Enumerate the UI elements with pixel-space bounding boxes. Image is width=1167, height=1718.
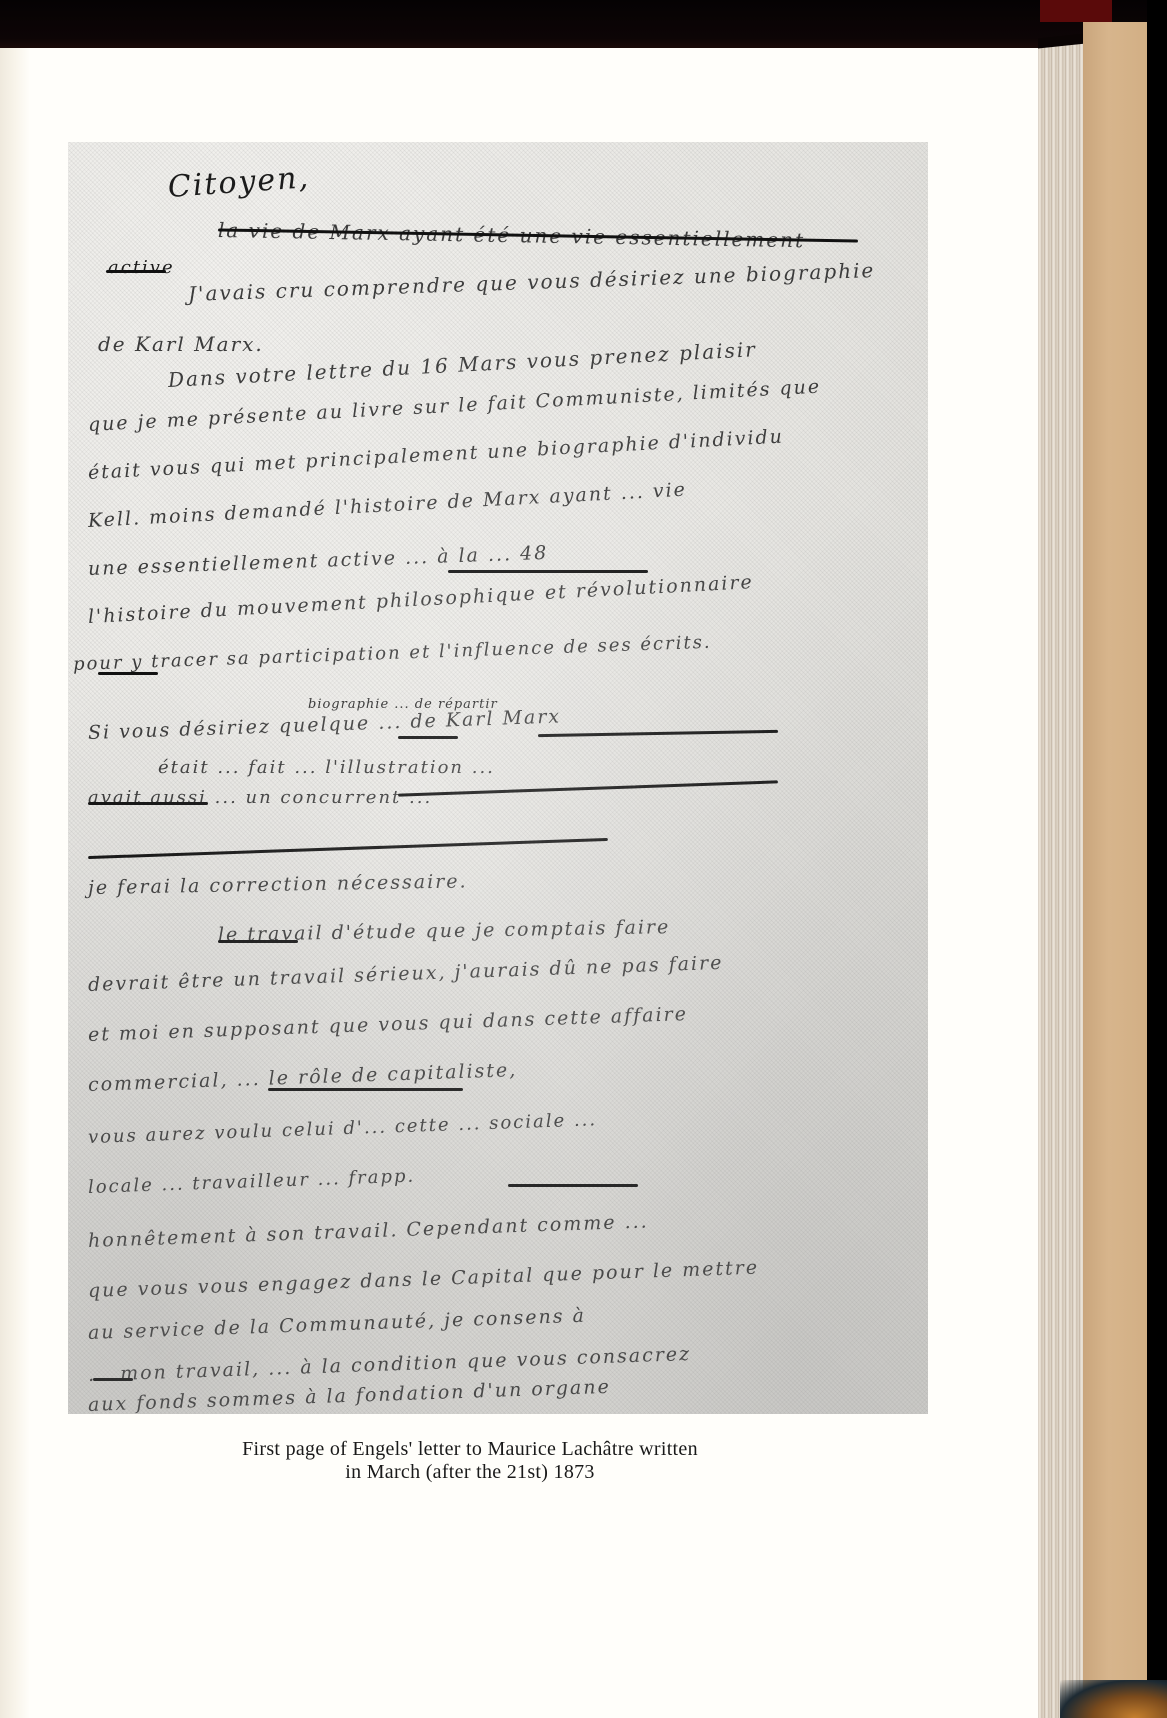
manuscript-line: devrait être un travail sérieux, j'aurai… <box>88 952 724 996</box>
manuscript-line: locale ... travailleur ... frapp. <box>88 1166 416 1198</box>
manuscript-line: active <box>108 257 175 278</box>
strikethrough <box>106 270 166 273</box>
manuscript-line: je ferai la correction nécessaire. <box>88 870 468 899</box>
cover-red-edge <box>1040 0 1112 22</box>
manuscript-photograph: Citoyen, la vie de Marx ayant été une vi… <box>68 142 928 1414</box>
salutation: Citoyen, <box>167 160 311 205</box>
manuscript-line: au service de la Communauté, je consens … <box>88 1305 587 1344</box>
strikethrough <box>88 802 208 805</box>
gutter-shadow <box>0 48 30 1718</box>
manuscript-line: J'avais cru comprendre que vous désiriez… <box>188 258 876 306</box>
strikethrough <box>538 730 778 737</box>
book-cover-edge <box>1083 22 1147 1718</box>
top-dark-band <box>0 0 1167 48</box>
strikethrough <box>398 736 458 739</box>
book-bottom-corner <box>1060 1680 1167 1718</box>
strikethrough <box>268 1088 463 1091</box>
page-stack-edges <box>1038 42 1086 1718</box>
strikethrough <box>88 838 608 859</box>
manuscript-line: que vous vous engagez dans le Capital qu… <box>88 1257 760 1302</box>
caption-line-2: in March (after the 21st) 1873 <box>120 1461 820 1484</box>
manuscript-line: honnêtement à son travail. Cependant com… <box>88 1210 649 1252</box>
background-shadow <box>1147 0 1167 1718</box>
strikethrough <box>93 1378 133 1381</box>
strikethrough <box>218 940 298 943</box>
manuscript-line: une essentiellement active ... à la ... … <box>88 542 549 580</box>
manuscript-line: et moi en supposant que vous qui dans ce… <box>88 1003 689 1046</box>
manuscript-line: Kell. moins demandé l'histoire de Marx a… <box>87 479 687 532</box>
strikethrough <box>508 1184 638 1187</box>
strikethrough <box>398 780 778 796</box>
strikethrough <box>98 672 158 675</box>
caption-line-1: First page of Engels' letter to Maurice … <box>120 1438 820 1461</box>
manuscript-line: vous aurez voulu celui d'... cette ... s… <box>88 1109 598 1148</box>
manuscript-line: pour y tracer sa participation et l'infl… <box>73 632 712 675</box>
figure-caption: First page of Engels' letter to Maurice … <box>120 1438 820 1484</box>
manuscript-line: l'histoire du mouvement philosophique et… <box>87 571 754 628</box>
manuscript-line: de Karl Marx. <box>98 332 264 356</box>
strikethrough <box>448 570 648 573</box>
manuscript-line: était vous qui met principalement une bi… <box>87 426 784 484</box>
manuscript-line: était ... fait ... l'illustration ... <box>158 757 495 778</box>
